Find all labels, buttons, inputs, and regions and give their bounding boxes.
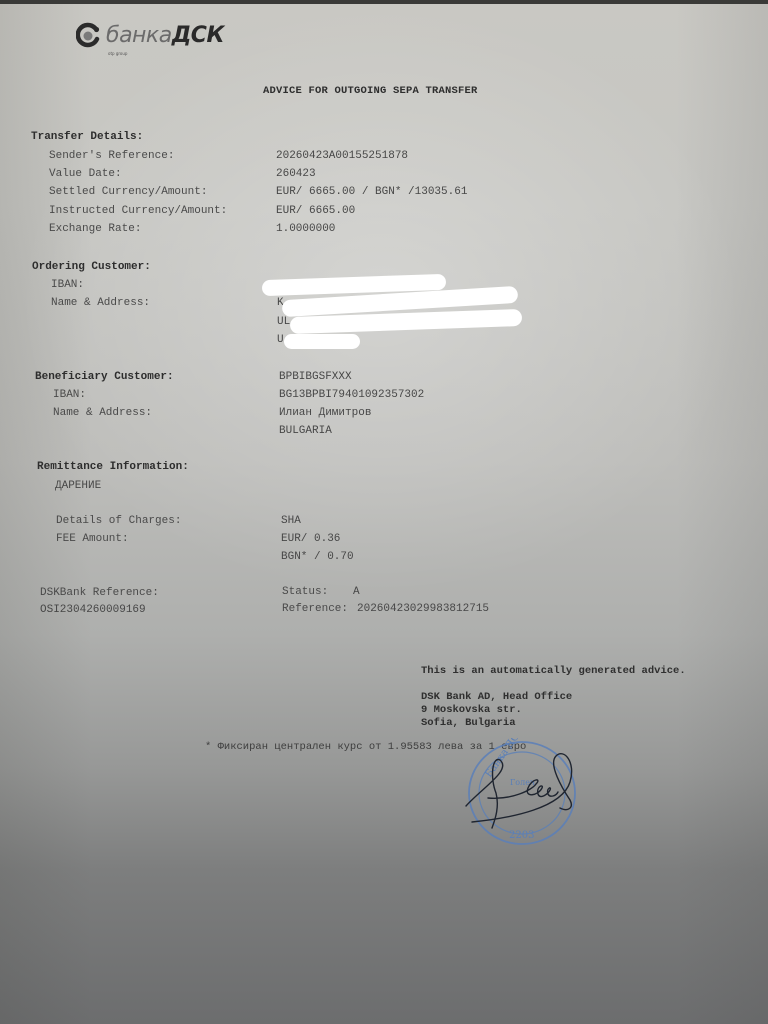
charges-value: SHA: [281, 515, 301, 527]
instructed-amount-label: Instructed Currency/Amount:: [49, 205, 227, 217]
fee-amount-label: FEE Amount:: [56, 533, 129, 545]
stamp-top-text: Банка ДСК: [483, 738, 526, 780]
reference-label: Reference:: [282, 603, 348, 615]
dskbank-reference-label: DSKBank Reference:: [40, 587, 159, 599]
instructed-amount-value: EUR/ 6665.00: [276, 205, 355, 217]
beneficiary-bic-value: BPBIBGSFXXX: [279, 371, 352, 383]
dskbank-reference-value: OSI2304260009169: [40, 604, 146, 616]
bank-address-line-3: Sofia, Bulgaria: [421, 717, 516, 729]
photo-edge: [0, 0, 768, 4]
status-label: Status:: [282, 586, 328, 598]
remittance-text: ДАРЕНИЕ: [55, 480, 101, 492]
settled-amount-value: EUR/ 6665.00 / BGN* /13035.61: [276, 186, 467, 198]
value-date-label: Value Date:: [49, 168, 122, 180]
beneficiary-iban-value: BG13BPBI79401092357302: [279, 389, 424, 401]
logo-subtext: otp group: [108, 51, 127, 56]
exchange-rate-label: Exchange Rate:: [49, 223, 141, 235]
bank-stamp: Банка ДСК Голеч 2203: [452, 738, 592, 853]
bank-address-line-2: 9 Moskovska str.: [421, 704, 522, 716]
value-date-value: 260423: [276, 168, 316, 180]
ordering-customer-header: Ordering Customer:: [32, 261, 151, 273]
ordering-iban-label: IBAN:: [51, 279, 84, 291]
exchange-rate-value: 1.0000000: [276, 223, 335, 235]
senders-reference-value: 20260423A00155251878: [276, 150, 408, 162]
ordering-address-fragment-2: U: [277, 334, 284, 346]
remittance-header: Remittance Information:: [37, 461, 189, 473]
settled-amount-label: Settled Currency/Amount:: [49, 186, 207, 198]
ordering-name-address-label: Name & Address:: [51, 297, 150, 309]
beneficiary-name-address-label: Name & Address:: [53, 407, 152, 419]
bank-address-line-1: DSK Bank AD, Head Office: [421, 691, 572, 703]
beneficiary-iban-label: IBAN:: [53, 389, 86, 401]
beneficiary-name-value: Илиан Димитров: [279, 407, 371, 419]
beneficiary-country-value: BULGARIA: [279, 425, 332, 437]
stamp-number: 2203: [509, 830, 534, 841]
fee-eur-value: EUR/ 0.36: [281, 533, 340, 545]
status-value: A: [353, 586, 360, 598]
fee-bgn-value: BGN* / 0.70: [281, 551, 354, 563]
document-title: ADVICE FOR OUTGOING SEPA TRANSFER: [263, 85, 478, 97]
transfer-details-header: Transfer Details:: [31, 131, 143, 143]
auto-generated-note: This is an automatically generated advic…: [421, 665, 686, 677]
charges-label: Details of Charges:: [56, 515, 181, 527]
reference-value: 20260423029983812715: [357, 603, 489, 615]
redaction-mark: [284, 334, 360, 349]
bank-logo: банкаДСК: [76, 22, 224, 48]
logo-brand-bold: ДСК: [172, 23, 224, 48]
senders-reference-label: Sender's Reference:: [49, 150, 174, 162]
dsk-logo-mark-icon: [76, 22, 102, 48]
logo-brand-light: банка: [106, 23, 172, 48]
ordering-address-fragment-1: UL: [277, 316, 290, 328]
signature-icon: [466, 754, 572, 828]
beneficiary-customer-header: Beneficiary Customer:: [35, 371, 174, 383]
